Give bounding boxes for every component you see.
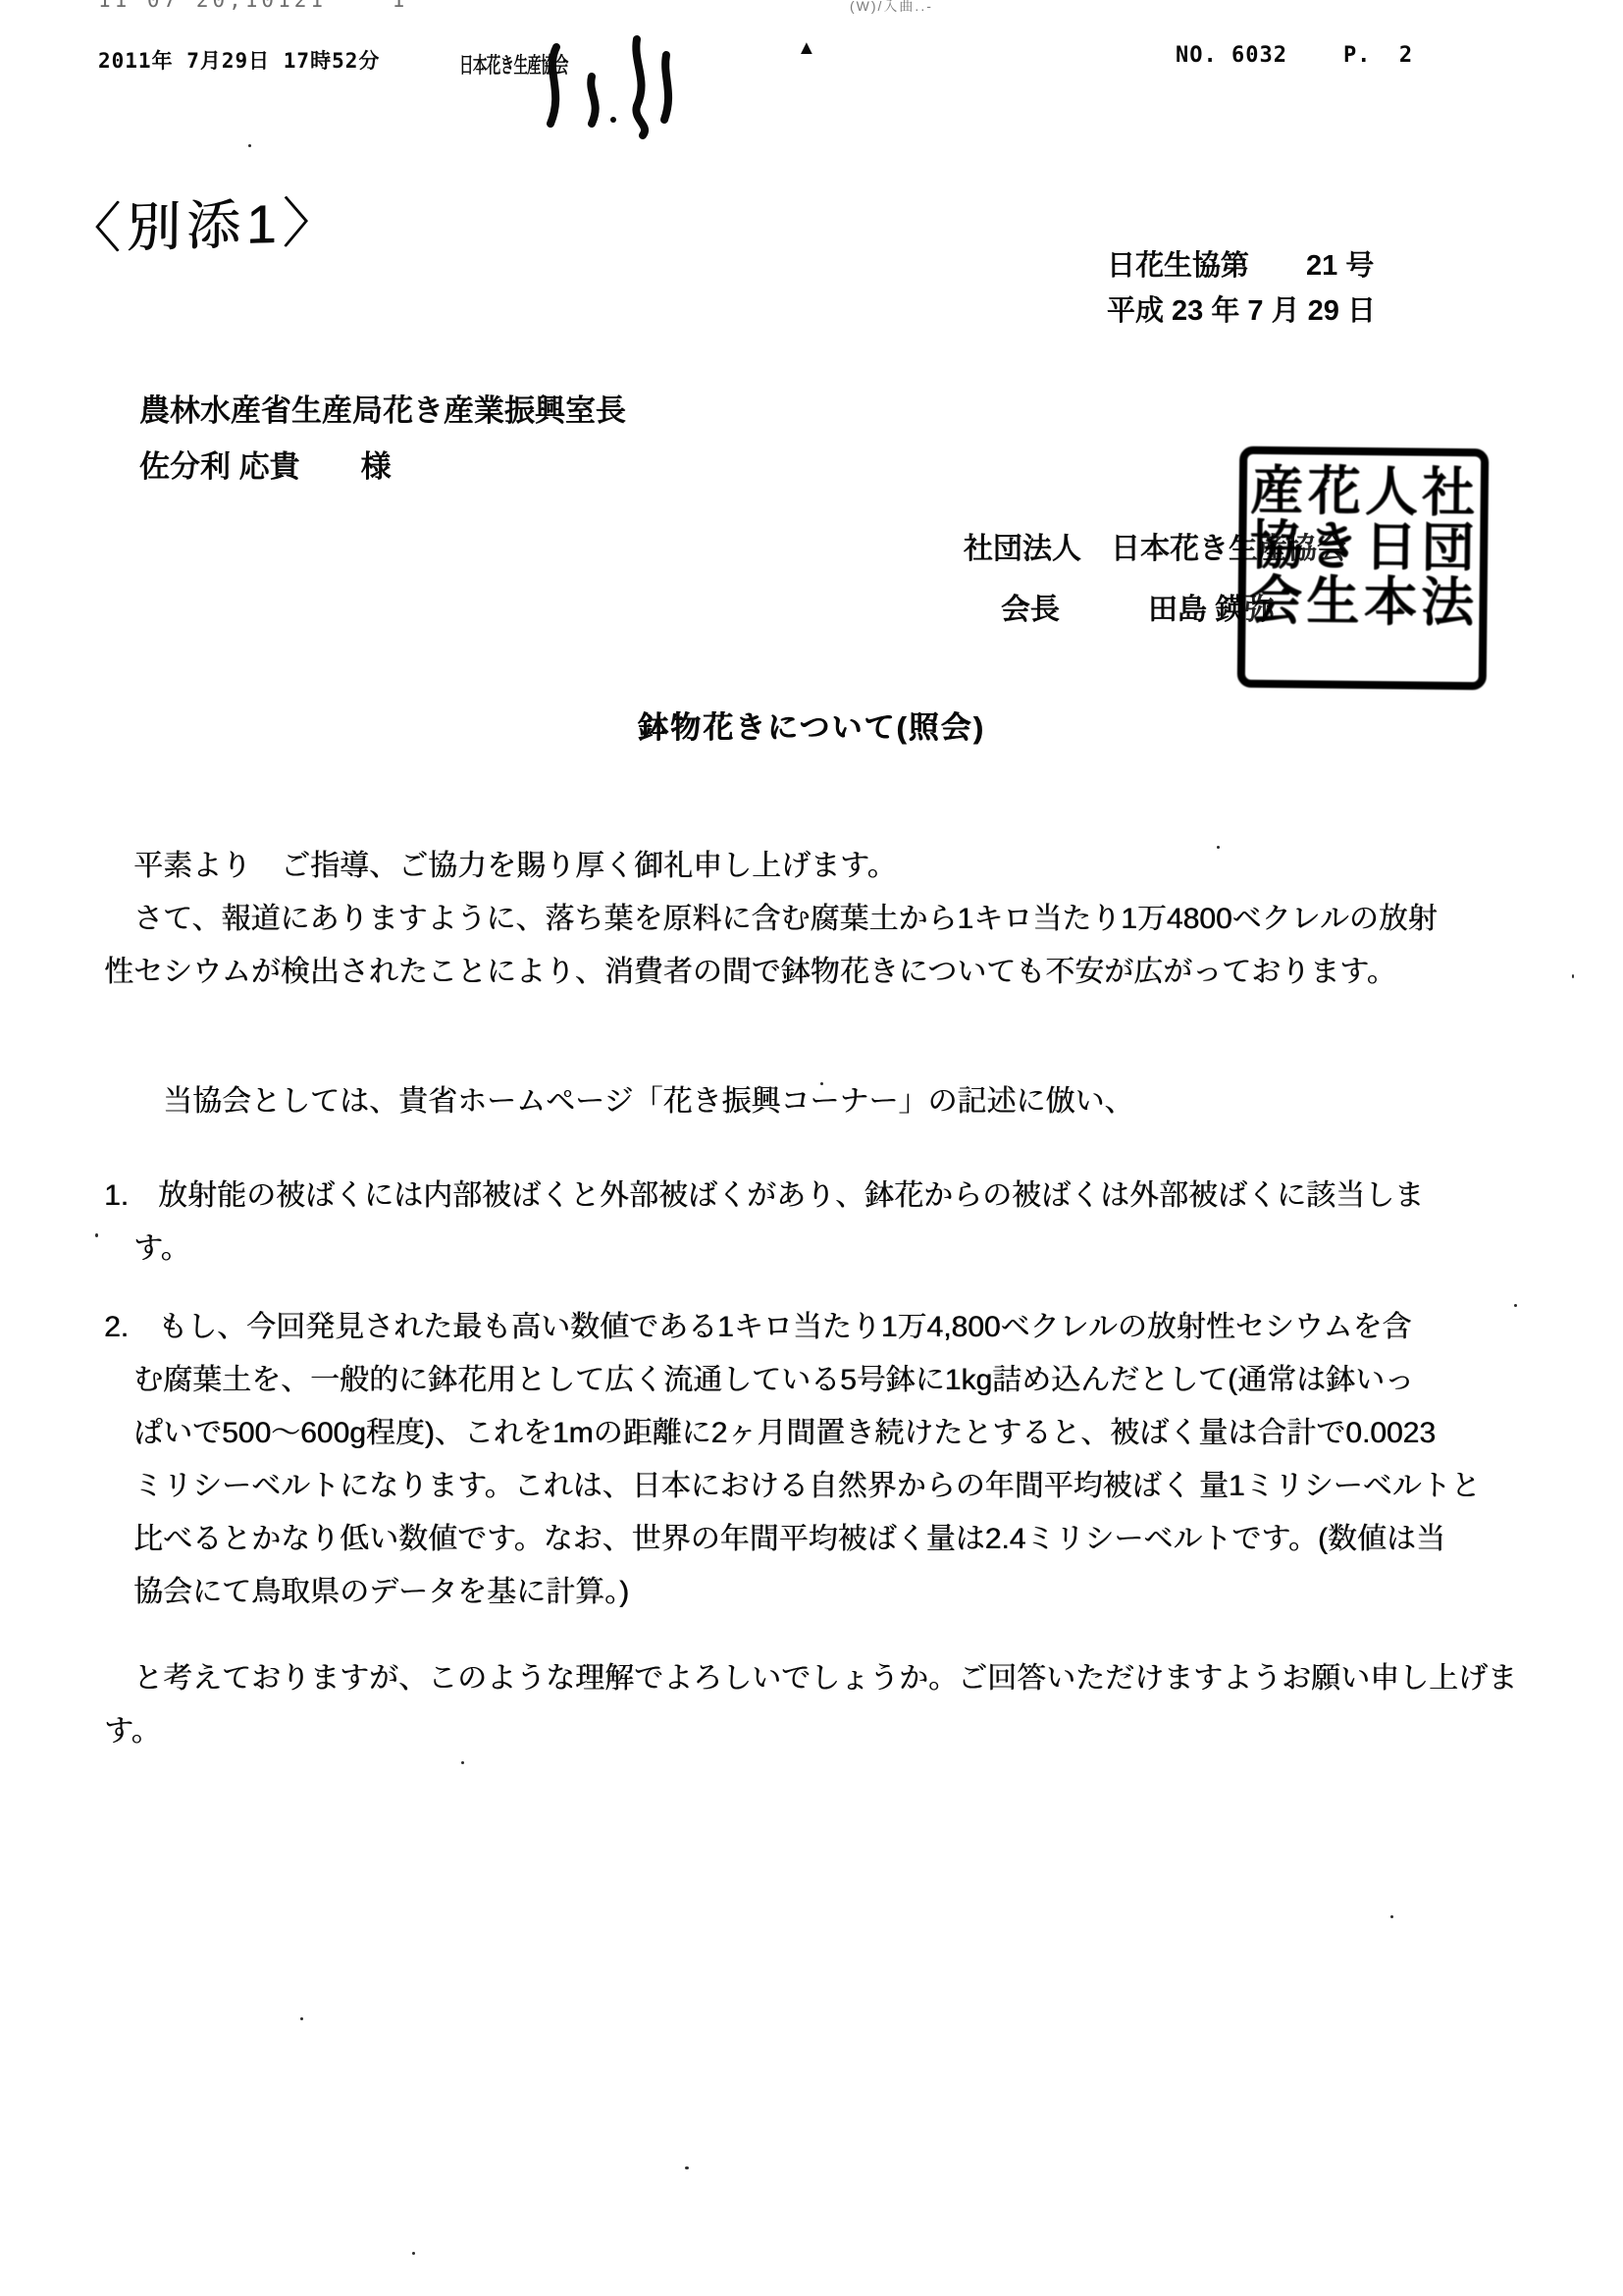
noise-speck — [685, 2166, 689, 2169]
numbered-item-2: 2. もし、今回発見された最も高い数値である1キロ当たり1万4,800ベクレルの… — [104, 1301, 1546, 1619]
scan-artifact-text: 11 07 20,10121 1 — [98, 0, 408, 12]
body-line: 平素より ご指導、ご協力を賜り厚く御礼申し上げます。 — [104, 840, 1546, 893]
paragraph-greeting: 平素より ご指導、ご協力を賜り厚く御礼申し上げます。 さて、報道にありますように… — [104, 840, 1546, 999]
body-line: む腐葉土を、一般的に鉢花用として広く流通している5号鉢に1kg詰め込んだとして(… — [104, 1354, 1546, 1407]
body-line: 比べるとかなり低い数値です。なお、世界の年間平均被ばく量は2.4ミリシーベルトで… — [104, 1513, 1546, 1566]
noise-speck — [820, 1082, 823, 1085]
body-line: ミリシーベルトになります。これは、日本における自然界からの年間平均被ばく 量1ミ… — [104, 1460, 1546, 1513]
body-line: ぱいで500〜600g程度)、これを1mの距離に2ヶ月間置き続けたとすると、被ば… — [104, 1407, 1546, 1460]
body-line: と考えておりますが、このような理解でよろしいでしょうか。ご回答いただけますようお… — [104, 1652, 1546, 1705]
recipient-block: 農林水産省生産局花き産業振興室長 佐分利 応貴 様 — [139, 383, 626, 495]
body-line: す。 — [104, 1223, 1546, 1276]
official-seal-stamp: 社団法人日本花き生産協会 — [1237, 446, 1490, 691]
document-date: 平成 23 年 7 月 29 日 — [1107, 288, 1376, 334]
noise-speck — [1572, 974, 1574, 978]
sender-president-name: 会長 田島 鍈弥 — [1001, 585, 1274, 628]
seal-text: 社団法人日本花き生産協会 — [1245, 454, 1475, 674]
document-title: 鉢物花きについて(照会) — [0, 703, 1623, 747]
noise-speck — [248, 144, 251, 147]
noise-speck — [1217, 846, 1220, 849]
body-line: 協会にて鳥取県のデータを基に計算。) — [104, 1566, 1546, 1619]
numbered-item-1: 1. 放射能の被ばくには内部被ばくと外部被ばくがあり、鉢花からの被ばくは外部被ば… — [104, 1170, 1546, 1276]
document-number-block: 日花生協第 21 号 平成 23 年 7 月 29 日 — [1107, 243, 1376, 334]
body-line: 1. 放射能の被ばくには内部被ばくと外部被ばくがあり、鉢花からの被ばくは外部被ば… — [104, 1170, 1546, 1223]
noise-speck — [1390, 1915, 1393, 1918]
paragraph-closing: と考えておりますが、このような理解でよろしいでしょうか。ご回答いただけますようお… — [104, 1652, 1546, 1758]
fax-page-number: NO. 6032 P. 2 — [1176, 43, 1413, 68]
handwritten-mark — [535, 29, 682, 142]
body-line: 性セシウムが検出されたことにより、消費者の間で鉢物花きについても不安が広がってお… — [104, 946, 1546, 999]
body-line: 当協会としては、貴省ホームページ「花き振興コーナー」の記述に倣い、 — [104, 1075, 1546, 1128]
body-line: す。 — [104, 1705, 1546, 1758]
paragraph-intro: 当協会としては、貴省ホームページ「花き振興コーナー」の記述に倣い、 — [104, 1075, 1546, 1128]
recipient-name: 佐分利 応貴 様 — [139, 439, 626, 495]
body-line: さて、報道にありますように、落ち葉を原料に含む腐葉土から1キロ当たり1万4800… — [104, 893, 1546, 946]
noise-speck — [95, 1233, 98, 1237]
fax-timestamp: 2011年 7月29日 17時52分 — [98, 45, 380, 75]
triangle-marker-icon: ▲ — [797, 37, 816, 60]
scan-artifact-text: (W)/入曲..- — [850, 0, 933, 16]
noise-speck — [300, 2017, 303, 2020]
noise-speck — [412, 2252, 415, 2255]
noise-speck — [461, 1761, 464, 1764]
noise-speck — [1024, 556, 1027, 559]
noise-speck — [1514, 1304, 1517, 1307]
document-number: 日花生協第 21 号 — [1107, 243, 1376, 288]
body-line: 2. もし、今回発見された最も高い数値である1キロ当たり1万4,800ベクレルの… — [104, 1301, 1546, 1354]
scanned-fax-document-page: 11 07 20,10121 1 (W)/入曲..- 2011年 7月29日 1… — [0, 0, 1623, 2296]
recipient-title: 農林水産省生産局花き産業振興室長 — [139, 383, 626, 439]
attachment-label: 〈別添1〉 — [67, 179, 342, 264]
